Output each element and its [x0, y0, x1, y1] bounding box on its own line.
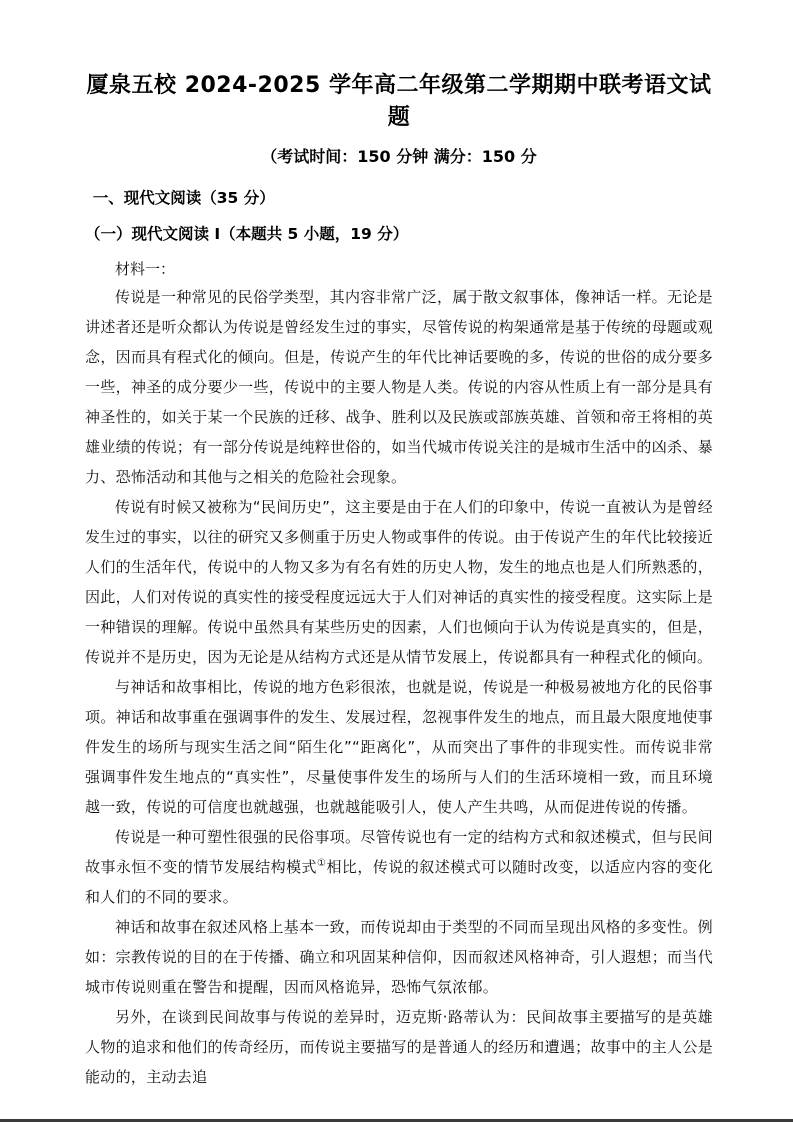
exam-paper-page: 厦泉五校 2024-2025 学年高二年级第二学期期中联考语文试题 （考试时间：… — [0, 0, 793, 1122]
section-heading-modern-text-reading: 一、现代文阅读（35 分） — [85, 186, 713, 210]
subsection-heading-reading-one: （一）现代文阅读 I（本题共 5 小题，19 分） — [85, 222, 713, 246]
paragraph: 传说有时候又被称为“民间历史”，这主要是由于在人们的印象中，传说一直被认为是曾经… — [85, 492, 713, 672]
paragraph: 传说是一种可塑性很强的民俗事项。尽管传说也有一定的结构方式和叙述模式，但与民间故… — [85, 822, 713, 912]
paragraph: 神话和故事在叙述风格上基本一致，而传说却由于类型的不同而呈现出风格的多变性。例如… — [85, 912, 713, 1002]
doc-title: 厦泉五校 2024-2025 学年高二年级第二学期期中联考语文试题 — [85, 70, 713, 134]
paragraph: 另外，在谈到民间故事与传说的差异时，迈克斯·路蒂认为：民间故事主要描写的是英雄人… — [85, 1002, 713, 1092]
doc-subtitle: （考试时间：150 分钟 满分：150 分 — [85, 144, 713, 170]
paragraph: 传说是一种常见的民俗学类型，其内容非常广泛，属于散文叙事体，像神话一样。无论是讲… — [85, 282, 713, 492]
material-one-label: 材料一： — [85, 256, 713, 282]
paragraph: 与神话和故事相比，传说的地方色彩很浓，也就是说，传说是一种极易被地方化的民俗事项… — [85, 672, 713, 822]
